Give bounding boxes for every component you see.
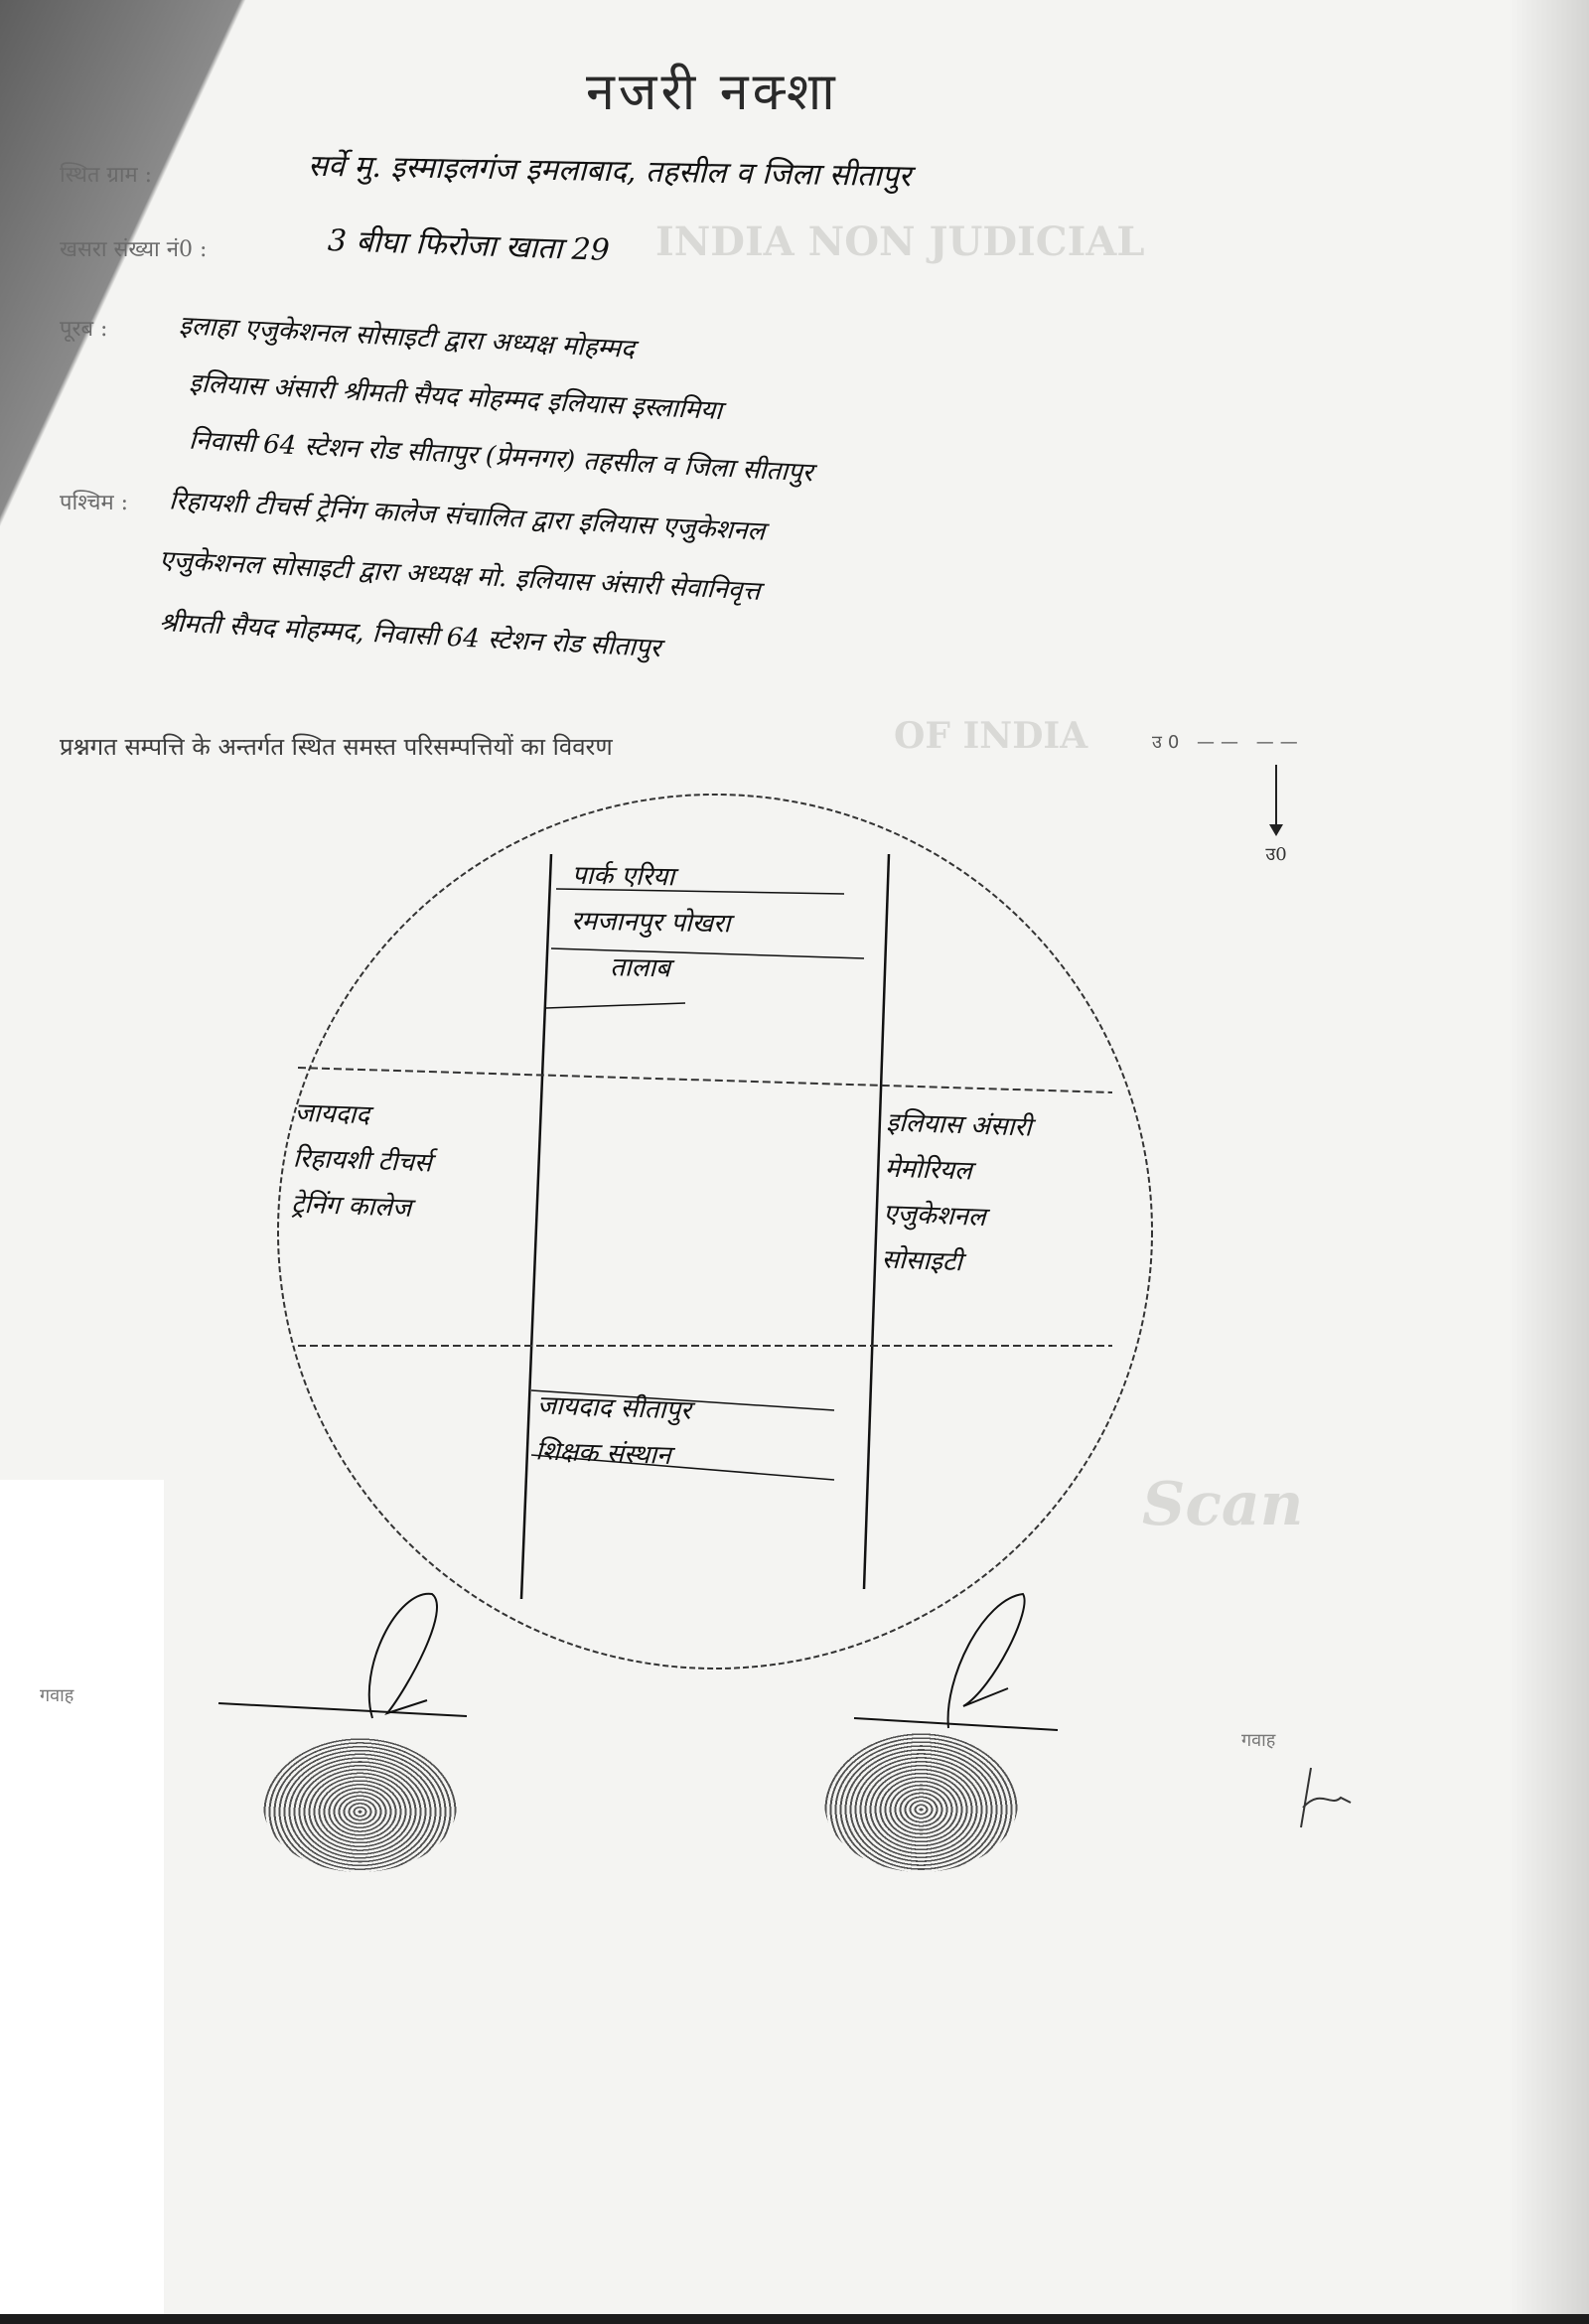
- signature-label-left: गवाह: [40, 1683, 73, 1707]
- cell-line: जायदाद: [294, 1090, 434, 1141]
- map-line: [298, 1068, 1112, 1092]
- fingerprint-icon: [263, 1738, 457, 1872]
- map-cell-west: जायदाद रिहायशी टीचर्स ट्रेनिंग कालेज: [291, 1090, 434, 1233]
- scan-bottom-edge: [0, 2314, 1589, 2324]
- map-cell-east: इलियास अंसारी मेमोरियल एजुकेशनल सोसाइटी: [881, 1100, 1033, 1288]
- cell-line: एजुकेशनल: [882, 1191, 1029, 1241]
- cell-line: पार्क एरिया: [571, 853, 731, 902]
- fingerprint-icon: [824, 1733, 1018, 1872]
- cell-line: शिक्षक संस्थान: [534, 1428, 689, 1479]
- map-cell-south: जायदाद सीतापुर शिक्षक संस्थान: [534, 1382, 691, 1479]
- map-line: [521, 854, 551, 1599]
- cell-line: सोसाइटी: [881, 1236, 1028, 1287]
- cell-line: इलियास अंसारी: [886, 1100, 1033, 1151]
- cell-line: जायदाद सीतापुर: [536, 1382, 691, 1433]
- cell-line: रिहायशी टीचर्स: [292, 1136, 432, 1187]
- cell-line: मेमोरियल: [884, 1145, 1031, 1196]
- cell-line: तालाब: [570, 944, 730, 993]
- map-cell-north: पार्क एरिया रमजानपुर पोखरा तालाब: [570, 853, 732, 993]
- cell-line: ट्रेनिंग कालेज: [291, 1182, 431, 1233]
- signature-label-right: गवाह: [1241, 1728, 1275, 1752]
- cell-line: रमजानपुर पोखरा: [571, 899, 731, 947]
- sketch-map: [0, 0, 1589, 2324]
